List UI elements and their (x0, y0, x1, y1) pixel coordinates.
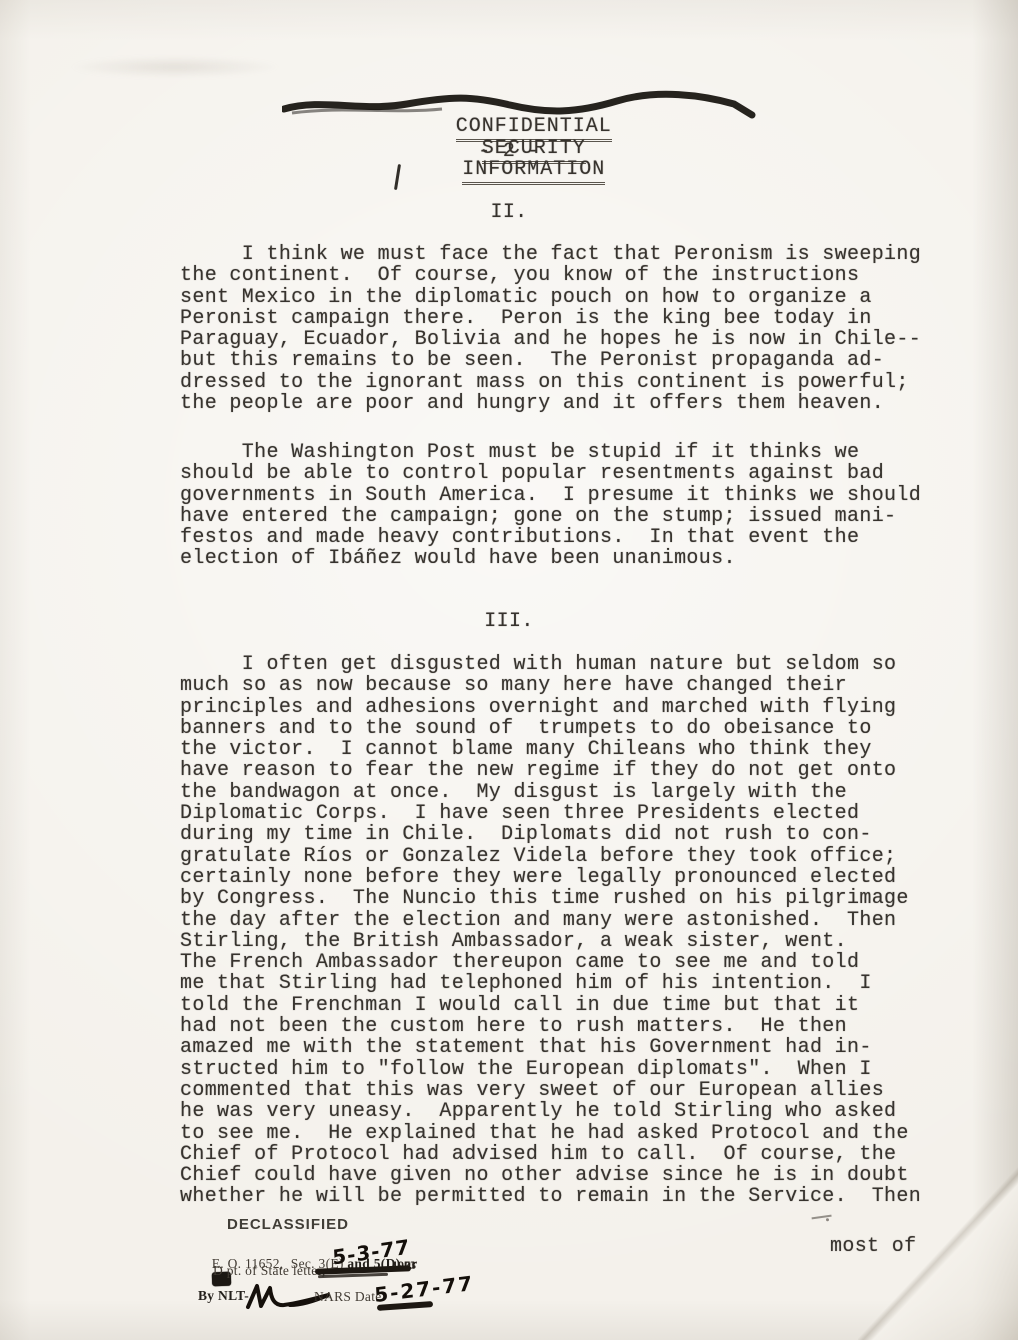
typed-line: much so as now because so many here have… (180, 675, 960, 696)
typed-line: Paraguay, Ecuador, Bolivia and he hopes … (180, 329, 960, 350)
typed-line: Chief could have given no other advise s… (180, 1165, 960, 1186)
scanned-document-page: CONFIDENTIAL SECURITY INFORMATION - 2 - … (0, 0, 1018, 1340)
typed-line: commented that this was very sweet of ou… (180, 1080, 960, 1101)
paragraph: I think we must face the fact that Peron… (180, 244, 960, 414)
stamp-nars-label: NARS Date (314, 1289, 382, 1305)
typed-line: Stirling, the British Ambassador, a weak… (180, 931, 960, 952)
typed-line: governments in South America. I presume … (180, 485, 960, 506)
paragraph: I often get disgusted with human nature … (180, 654, 960, 1208)
typed-line: The French Ambassador thereupon came to … (180, 952, 960, 973)
typed-line: have reason to fear the new regime if th… (180, 760, 960, 781)
typed-line: gratulate Ríos or Gonzalez Videla before… (180, 846, 960, 867)
typed-line: the day after the election and many were… (180, 910, 960, 931)
typed-line: dressed to the ignorant mass on this con… (180, 372, 960, 393)
typed-line: had not been the custom here to rush mat… (180, 1016, 960, 1037)
typed-line: by Congress. The Nuncio this time rushed… (180, 888, 960, 909)
typed-line: the continent. Of course, you know of th… (180, 265, 960, 286)
typed-line: sent Mexico in the diplomatic pouch on h… (180, 287, 960, 308)
catchword: most of (830, 1236, 916, 1257)
typed-line: banners and to the sound of trumpets to … (180, 718, 960, 739)
typed-line: the bandwagon at once. My disgust is lar… (180, 782, 960, 803)
typed-line: the victor. I cannot blame many Chileans… (180, 739, 960, 760)
typed-line: festos and made heavy contributions. In … (180, 527, 960, 548)
stamp-letter-line: D pt. of State letter, (213, 1263, 326, 1279)
paragraph: The Washington Post must be stupid if it… (180, 442, 960, 570)
section-heading-ii: II. (0, 202, 1018, 223)
typed-line: Diplomatic Corps. I have seen three Pres… (180, 803, 960, 824)
typed-line: have entered the campaign; gone on the s… (180, 506, 960, 527)
typed-line: told the Frenchman I would call in due t… (180, 995, 960, 1016)
scan-speck (812, 1215, 833, 1226)
typed-line: principles and adhesions overnight and m… (180, 697, 960, 718)
typed-line: I often get disgusted with human nature … (180, 654, 960, 675)
typed-line: he was very uneasy. Apparently he told S… (180, 1101, 960, 1122)
typed-line: should be able to control popular resent… (180, 463, 960, 484)
typed-line: the people are poor and hungry and it of… (180, 393, 960, 414)
typed-line: amazed me with the statement that his Go… (180, 1037, 960, 1058)
typed-line: Peronist campaign there. Peron is the ki… (180, 308, 960, 329)
typed-line: but this remains to be seen. The Peronis… (180, 350, 960, 371)
declassified-stamp-title: DECLASSIFIED (227, 1216, 349, 1233)
typed-line: Chief of Protocol had advised him to cal… (180, 1144, 960, 1165)
typed-line: me that Stirling had telephoned him of h… (180, 973, 960, 994)
typed-line: whether he will be permitted to remain i… (180, 1186, 960, 1207)
typed-line: I think we must face the fact that Peron… (180, 244, 960, 265)
typed-line: election of Ibáñez would have been unani… (180, 548, 960, 569)
typed-line: to see me. He explained that he had aske… (180, 1123, 960, 1144)
section-heading-iii: III. (0, 611, 1018, 632)
typed-line: during my time in Chile. Diplomats did n… (180, 824, 960, 845)
typed-line: certainly none before they were legally … (180, 867, 960, 888)
typed-line: The Washington Post must be stupid if it… (180, 442, 960, 463)
page-number: - 2 - (0, 141, 1018, 162)
scan-smudge (25, 52, 325, 82)
typed-line: structed him to "follow the European dip… (180, 1059, 960, 1080)
